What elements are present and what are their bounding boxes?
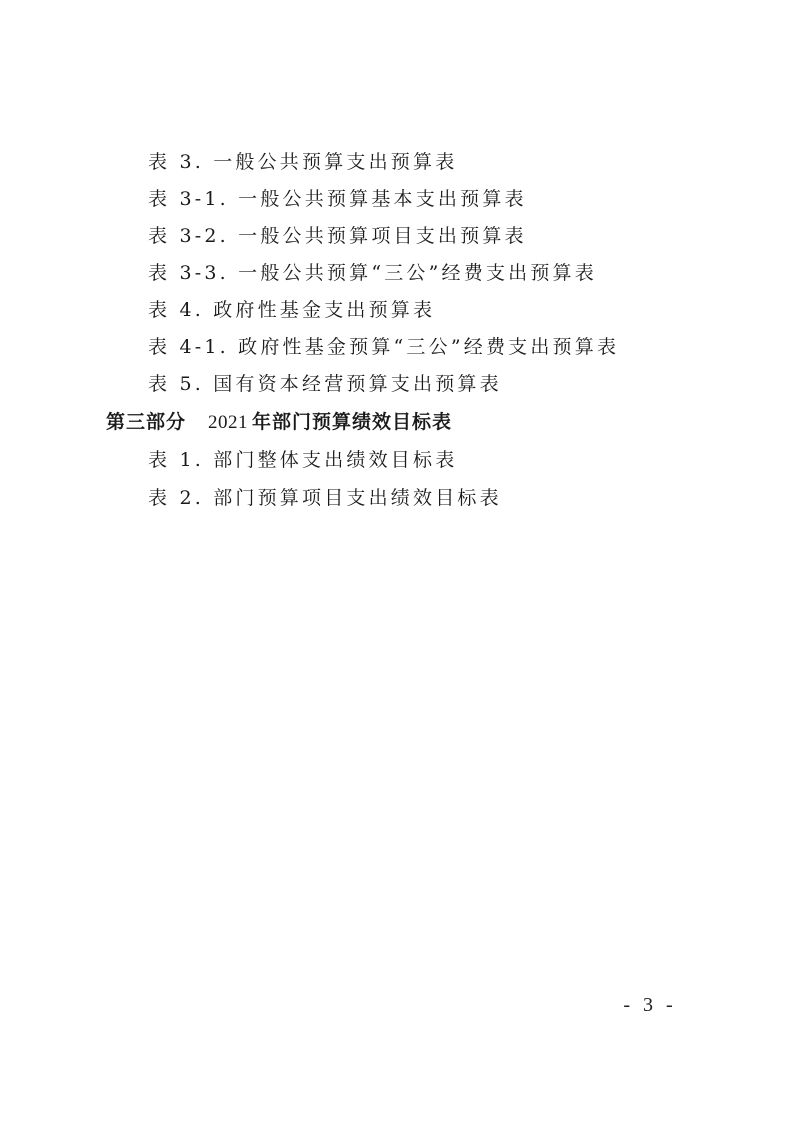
- part-year: 2021: [208, 412, 248, 433]
- section-heading-part-3: 第三部分2021年部门预算绩效目标表: [106, 410, 452, 435]
- page-number: - 3 -: [612, 994, 688, 1017]
- toc-item-table-4: 表 4. 政府性基金支出预算表: [148, 298, 435, 322]
- toc-item-performance-table-2: 表 2. 部门预算项目支出绩效目标表: [148, 486, 502, 510]
- toc-item-table-3-1: 表 3-1. 一般公共预算基本支出预算表: [148, 187, 527, 211]
- toc-item-performance-table-1: 表 1. 部门整体支出绩效目标表: [148, 448, 457, 472]
- toc-item-table-3: 表 3. 一般公共预算支出预算表: [148, 150, 457, 174]
- toc-item-table-3-3: 表 3-3. 一般公共预算“三公”经费支出预算表: [148, 261, 597, 285]
- part-title: 年部门预算绩效目标表: [252, 411, 452, 433]
- document-page: 表 3. 一般公共预算支出预算表 表 3-1. 一般公共预算基本支出预算表 表 …: [0, 0, 793, 1122]
- toc-item-table-3-2: 表 3-2. 一般公共预算项目支出预算表: [148, 224, 527, 248]
- toc-item-table-4-1: 表 4-1. 政府性基金预算“三公”经费支出预算表: [148, 335, 619, 359]
- part-label: 第三部分: [106, 411, 186, 433]
- toc-item-table-5: 表 5. 国有资本经营预算支出预算表: [148, 372, 502, 396]
